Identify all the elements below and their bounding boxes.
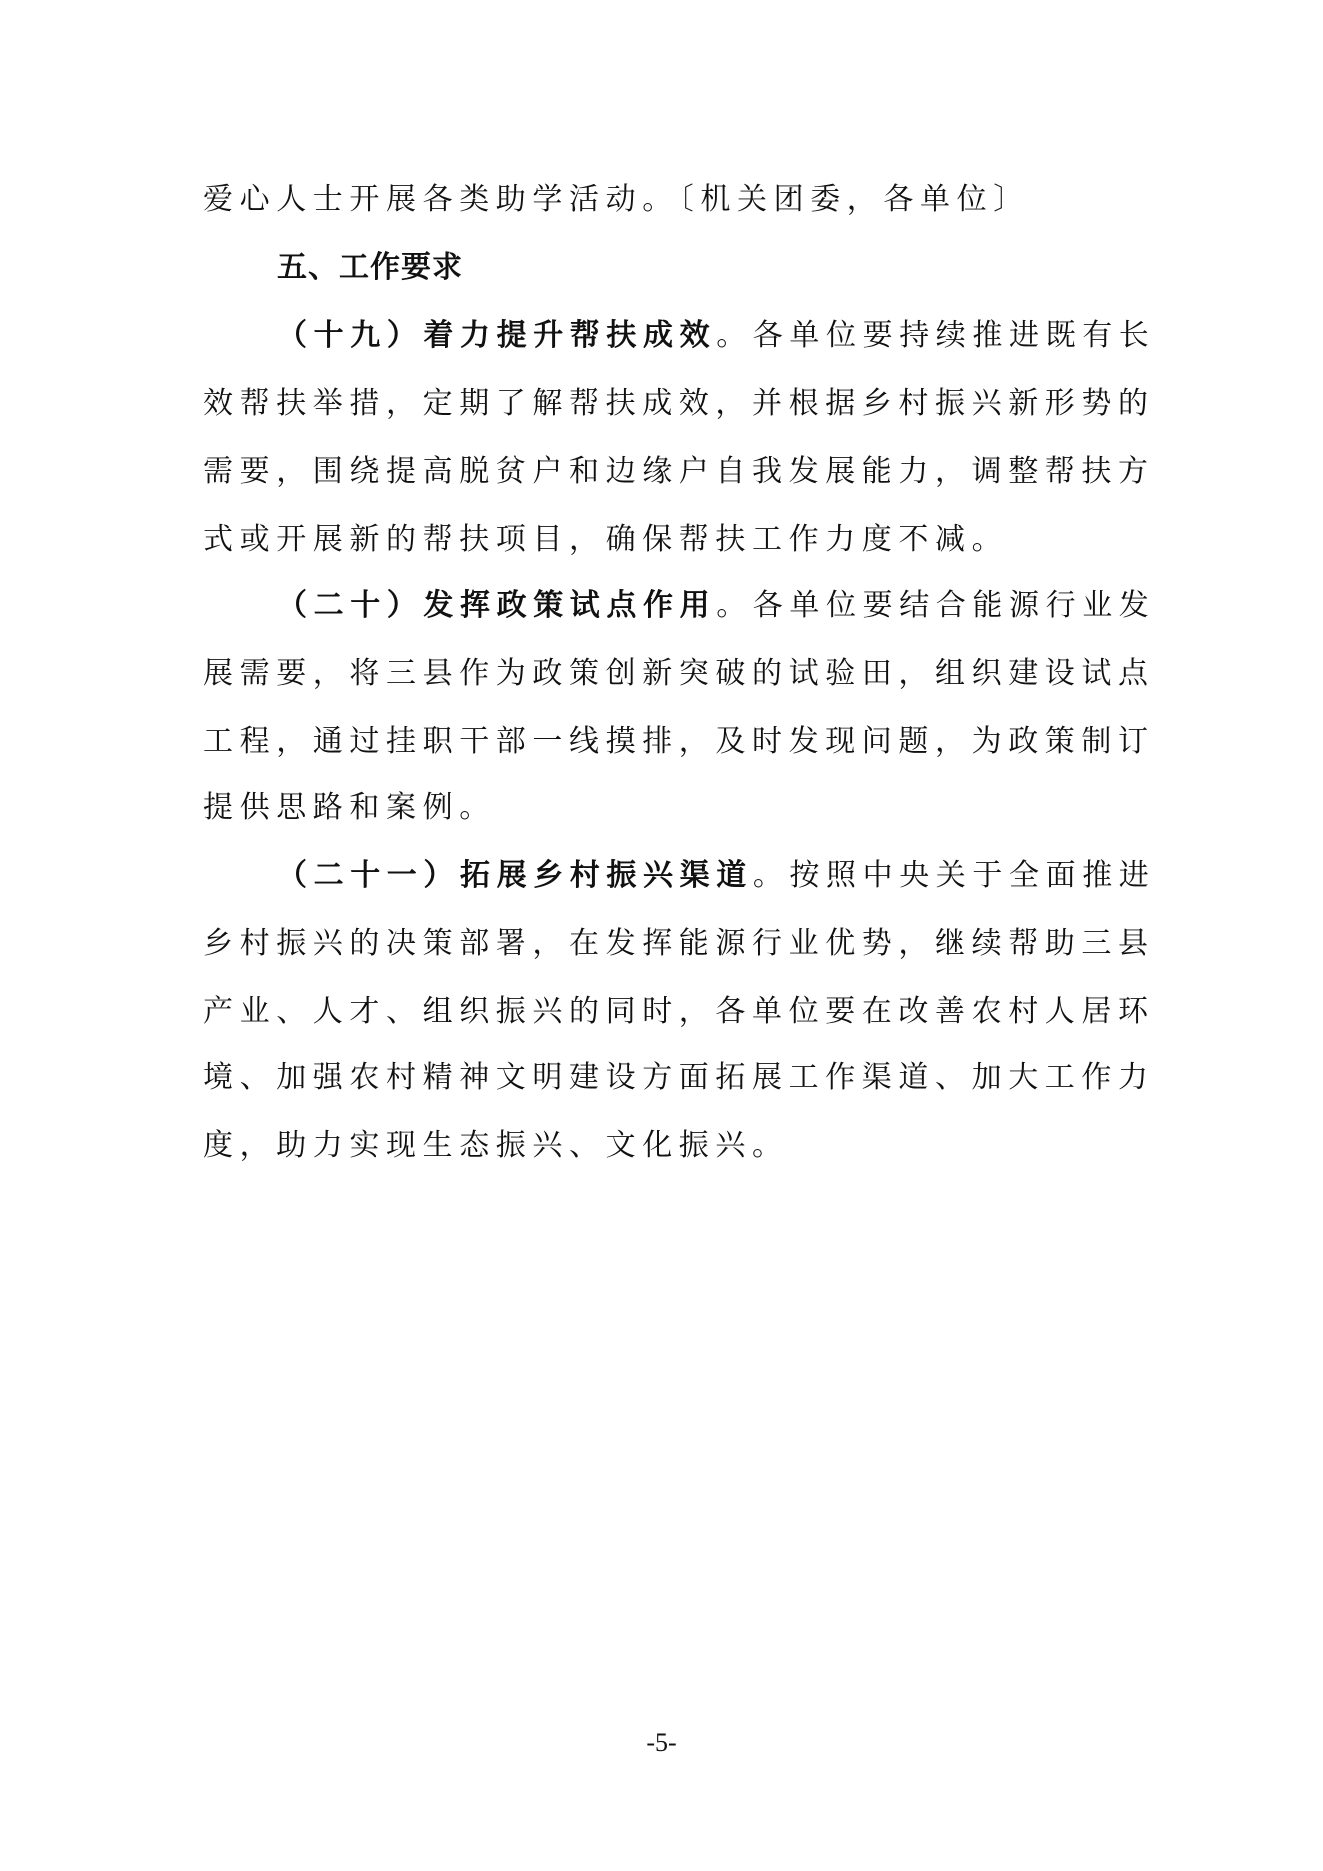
paragraph-line: 提供思路和案例。 (203, 788, 1128, 828)
paragraph-line: 效帮扶举措，定期了解帮扶成效，并根据乡村振兴新形势的 (203, 384, 1128, 424)
paragraph-line: （二十一）拓展乡村振兴渠道。按照中央关于全面推进 (277, 856, 1128, 896)
paragraph-line: 展需要，将三县作为政策创新突破的试验田，组织建设试点 (203, 654, 1128, 694)
paragraph-line: 工程，通过挂职干部一线摸排，及时发现问题，为政策制订 (203, 722, 1128, 762)
section-heading: 五、工作要求 (277, 248, 1128, 288)
paragraph-line: 爱心人士开展各类助学活动。〔机关团委，各单位〕 (203, 180, 1128, 220)
paragraph-line: 式或开展新的帮扶项目，确保帮扶工作力度不减。 (203, 520, 1128, 560)
item-text: 。各单位要结合能源行业发 (716, 588, 1155, 623)
item-text: 。各单位要持续推进既有长 (716, 318, 1155, 353)
paragraph-line: 度，助力实现生态振兴、文化振兴。 (203, 1126, 1128, 1166)
paragraph-line: 乡村振兴的决策部署，在发挥能源行业优势，继续帮助三县 (203, 924, 1128, 964)
item-title: （二十一）拓展乡村振兴渠道 (277, 858, 753, 893)
paragraph-line: 产业、人才、组织振兴的同时，各单位要在改善农村人居环 (203, 992, 1128, 1032)
paragraph-line: 境、加强农村精神文明建设方面拓展工作渠道、加大工作力 (203, 1058, 1128, 1098)
item-title: （十九）着力提升帮扶成效 (277, 318, 716, 353)
paragraph-line: （二十）发挥政策试点作用。各单位要结合能源行业发 (277, 586, 1128, 626)
page-number: -5- (0, 1728, 1323, 1758)
paragraph-line: （十九）着力提升帮扶成效。各单位要持续推进既有长 (277, 316, 1128, 356)
paragraph-line: 需要，围绕提高脱贫户和边缘户自我发展能力，调整帮扶方 (203, 452, 1128, 492)
item-text: 。按照中央关于全面推进 (753, 858, 1156, 893)
item-title: （二十）发挥政策试点作用 (277, 588, 716, 623)
